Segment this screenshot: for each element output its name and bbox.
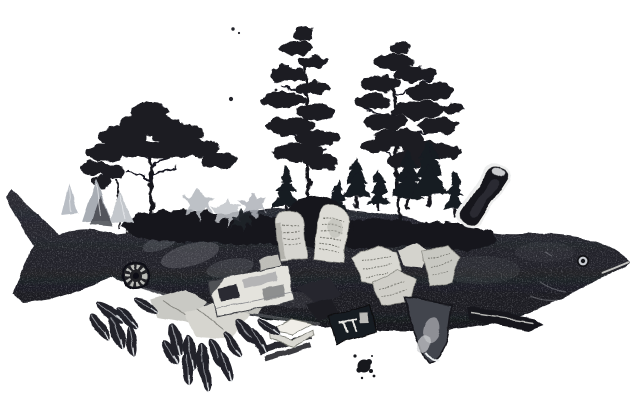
ribbed-disc xyxy=(123,263,149,289)
fish-forest-collage-artwork: Monochrome ink collage print of a large … xyxy=(0,0,640,396)
collage-svg: Monochrome ink collage print of a large … xyxy=(0,0,640,396)
fish-eye-pupil xyxy=(581,259,585,263)
